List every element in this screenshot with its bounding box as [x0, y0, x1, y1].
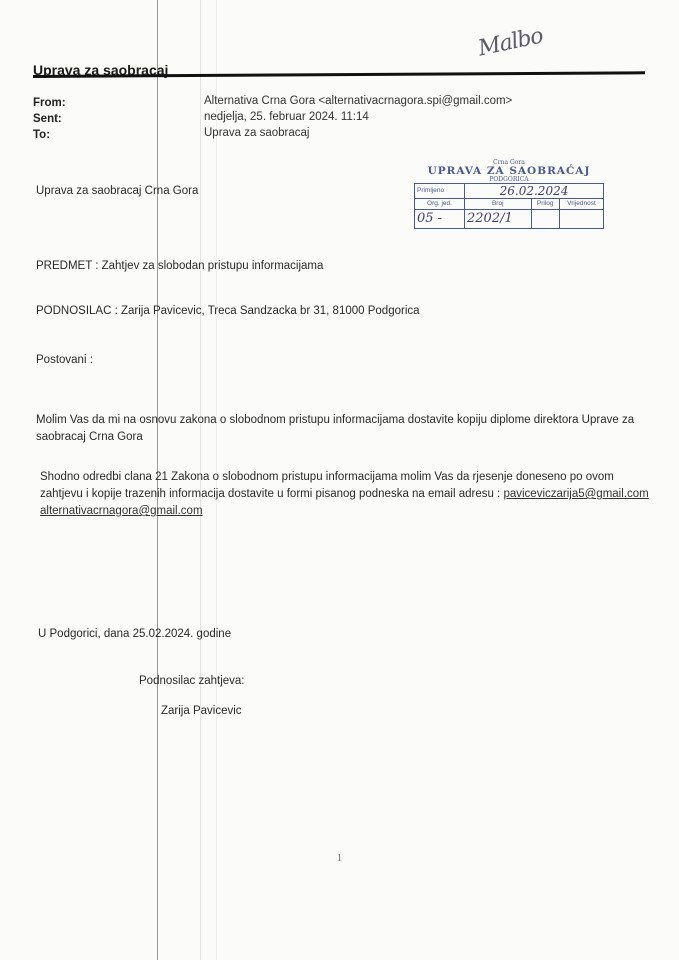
stamp-received-date: 26.02.2024: [465, 183, 604, 198]
registry-stamp: Crna Gora UPRAVA ZA SAOBRAĆAJ PODGORICA …: [414, 160, 604, 229]
stamp-received-label: Primljeno: [415, 183, 465, 198]
stamp-institution: UPRAVA ZA SAOBRAĆAJ: [414, 166, 604, 177]
signature-name: Zarija Pavicevic: [161, 703, 242, 720]
stamp-col-number: Broj: [465, 198, 532, 209]
applicant-line: PODNOSILAC : Zarija Pavicevic, Treca San…: [36, 303, 420, 320]
email-link-organization[interactable]: alternativacrnagora@gmail.com: [40, 505, 203, 517]
sent-value: nedjelja, 25. februar 2024. 11:14: [204, 111, 369, 123]
stamp-attachment: [531, 209, 559, 228]
stamp-header: Crna Gora UPRAVA ZA SAOBRAĆAJ PODGORICA: [414, 160, 604, 183]
stamp-col-attachment: Prilog: [531, 198, 559, 209]
page-number: 1: [337, 853, 342, 864]
place-date: U Podgorici, dana 25.02.2024. godine: [38, 626, 231, 643]
stamp-table: Primljeno 26.02.2024 Org. jed. Broj Pril…: [414, 183, 604, 229]
stamp-col-value: Vrijednost: [559, 198, 603, 209]
stamp-number: 2202/1: [465, 209, 532, 228]
from-label: From:: [33, 97, 66, 109]
greeting: Postovani :: [36, 352, 93, 369]
delivery-paragraph: Shodno odredbi clana 21 Zakona o slobodn…: [40, 469, 650, 520]
email-link-applicant[interactable]: paviceviczarija5@gmail.com: [503, 488, 648, 500]
sent-label: Sent:: [33, 113, 62, 125]
subject-line: PREDMET : Zahtjev za slobodan pristupu i…: [36, 258, 323, 275]
stamp-col-org: Org. jed.: [415, 198, 465, 209]
to-value: Uprava za saobracaj: [204, 127, 309, 139]
recipient: Uprava za saobracaj Crna Gora: [36, 183, 198, 200]
request-paragraph: Molim Vas da mi na osnovu zakona o slobo…: [36, 412, 646, 446]
stamp-value: [559, 209, 603, 228]
to-label: To:: [33, 129, 50, 141]
from-value: Alternativa Crna Gora <alternativacrnago…: [204, 95, 512, 107]
stamp-org-unit: 05 -: [415, 209, 465, 228]
signature-label: Podnosilac zahtjeva:: [139, 673, 244, 690]
handwritten-annotation: Malbo: [476, 24, 545, 62]
